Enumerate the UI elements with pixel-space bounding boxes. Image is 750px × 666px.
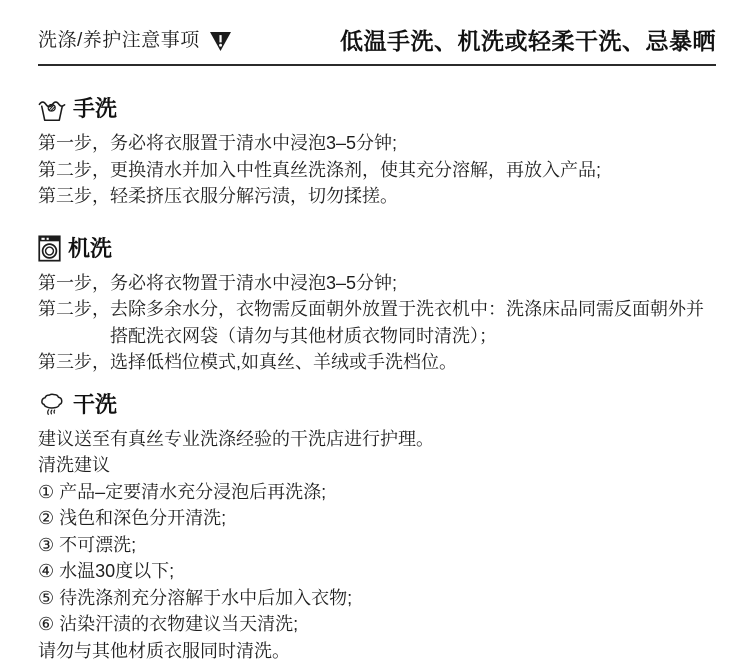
step-line: 第二步，更换清水并加入中性真丝洗涤剂，使其充分溶解，再放入产品; (38, 157, 716, 184)
step-line: 第一步，务必将衣物置于清水中浸泡3–5分钟; (38, 270, 716, 297)
tip-line: ④ 水温30度以下; (38, 558, 716, 585)
header: 洗涤/养护注意事项 低温手洗、机洗或轻柔干洗、忌暴晒 (38, 26, 716, 66)
dry-clean-intro: 建议送至有真丝专业洗涤经验的干洗店进行护理。 (38, 426, 716, 453)
washing-machine-icon (38, 235, 61, 262)
section-title-text: 干洗 (73, 390, 117, 420)
hand-wash-icon (38, 97, 66, 122)
dry-clean-lines: 建议送至有真丝专业洗涤经验的干洗店进行护理。 清洗建议 ① 产品–定要清水充分浸… (38, 426, 716, 665)
exclamation-triangle-icon (209, 31, 232, 52)
step-line: 第三步，轻柔挤压衣服分解污渍，切勿揉搓。 (38, 183, 716, 210)
hand-wash-steps: 第一步，务必将衣服置于清水中浸泡3–5分钟; 第二步，更换清水并加入中性真丝洗涤… (38, 130, 716, 210)
section-hand-wash-title: 手洗 (38, 94, 716, 124)
section-dry-clean-title: 干洗 (38, 390, 716, 420)
header-left: 洗涤/养护注意事项 (38, 26, 232, 56)
step-line: 第一步，务必将衣服置于清水中浸泡3–5分钟; (38, 130, 716, 157)
care-instructions-page: 洗涤/养护注意事项 低温手洗、机洗或轻柔干洗、忌暴晒 手洗 (0, 0, 750, 666)
machine-wash-steps: 第一步，务必将衣物置于清水中浸泡3–5分钟; 第二步，去除多余水分，衣物需反面朝… (38, 270, 716, 376)
page-title: 洗涤/养护注意事项 (38, 26, 200, 56)
section-title-text: 手洗 (73, 94, 117, 124)
tip-line: ③ 不可漂洗; (38, 532, 716, 559)
section-dry-clean: 干洗 建议送至有真丝专业洗涤经验的干洗店进行护理。 清洗建议 ① 产品–定要清水… (38, 390, 716, 665)
section-hand-wash: 手洗 第一步，务必将衣服置于清水中浸泡3–5分钟; 第二步，更换清水并加入中性真… (38, 94, 716, 210)
step-line: 第二步，去除多余水分，衣物需反面朝外放置于洗衣机中：洗涤床品同需反面朝外并搭配洗… (38, 296, 716, 349)
tip-line: ⑤ 待洗涤剂充分溶解于水中后加入衣物; (38, 585, 716, 612)
section-machine-wash: 机洗 第一步，务必将衣物置于清水中浸泡3–5分钟; 第二步，去除多余水分，衣物需… (38, 234, 716, 376)
section-title-text: 机洗 (68, 234, 112, 264)
tip-line: ① 产品–定要清水充分浸泡后再洗涤; (38, 479, 716, 506)
dry-clean-footnote: 请勿与其他材质衣服同时清洗。 (38, 638, 716, 665)
step-line: 第三步，选择低档位模式,如真丝、羊绒或手洗档位。 (38, 349, 716, 376)
dry-clean-tips-title: 清洗建议 (38, 452, 716, 479)
tip-line: ② 浅色和深色分开清洗; (38, 505, 716, 532)
header-summary: 低温手洗、机洗或轻柔干洗、忌暴晒 (340, 26, 716, 56)
garment-shake-icon (38, 392, 66, 417)
section-machine-wash-title: 机洗 (38, 234, 716, 264)
tip-line: ⑥ 沾染汗渍的衣物建议当天清洗; (38, 611, 716, 638)
